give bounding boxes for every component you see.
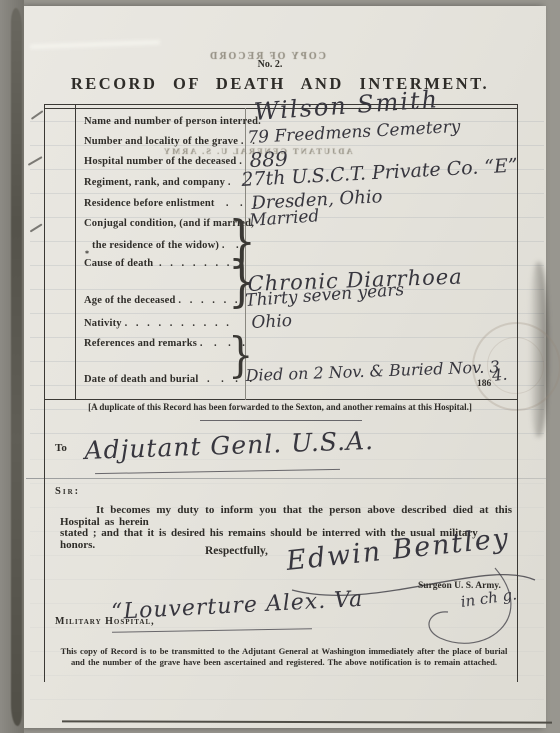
field-label-grave-locality: Number and locality of the grave . .: [84, 136, 255, 147]
field-label-person-interred: Name and number of person interred.: [84, 116, 261, 127]
to-label: To: [55, 442, 67, 454]
field-label-nativity: Nativity . . . . . . . . . .: [84, 318, 229, 329]
scanned-document: COPY OF RECORD ADJUTANT GENERAL U. S. AR…: [0, 0, 560, 733]
handwriting-nativity: Ohio: [251, 311, 293, 333]
field-label-hospital-number: Hospital number of the deceased . .: [84, 156, 253, 167]
stacked-page-edges: [11, 8, 22, 726]
fold-crease-line: [26, 478, 546, 479]
asterisk-mark: *: [85, 249, 89, 258]
note-underline: [200, 420, 362, 421]
field-label-age: Age of the deceased . . . . . .: [84, 295, 238, 306]
outer-left-rule: [44, 104, 45, 682]
transmittal-note: This copy of Record is to be transmitted…: [58, 646, 510, 668]
handwriting-year-digit: 4.: [491, 365, 508, 385]
field-label-references: References and remarks . . . .: [84, 338, 245, 349]
respectfully-label: Respectfully,: [205, 545, 268, 557]
duplicate-record-note: [A duplicate of this Record has been for…: [60, 402, 500, 412]
field-label-widow-residence: the residence of the widow) . .: [92, 240, 239, 251]
printed-year-186: 186: [477, 379, 491, 389]
table-bottom-border: [44, 399, 518, 400]
inner-left-rule: [75, 104, 76, 400]
form-number: No. 2.: [200, 59, 340, 70]
field-label-residence: Residence before enlistment . . .: [84, 198, 257, 209]
document-title: RECORD OF DEATH AND INTERMENT.: [50, 74, 510, 94]
letter-body-line1: It becomes my duty to inform you that th…: [60, 504, 512, 528]
field-label-cause-of-death: Cause of death . . . . . . .: [84, 258, 230, 269]
field-label-date-of-death: Date of death and burial . . . .: [84, 374, 252, 385]
salutation: Sir:: [55, 486, 80, 497]
field-label-regiment: Regiment, rank, and company . . .: [84, 177, 259, 188]
